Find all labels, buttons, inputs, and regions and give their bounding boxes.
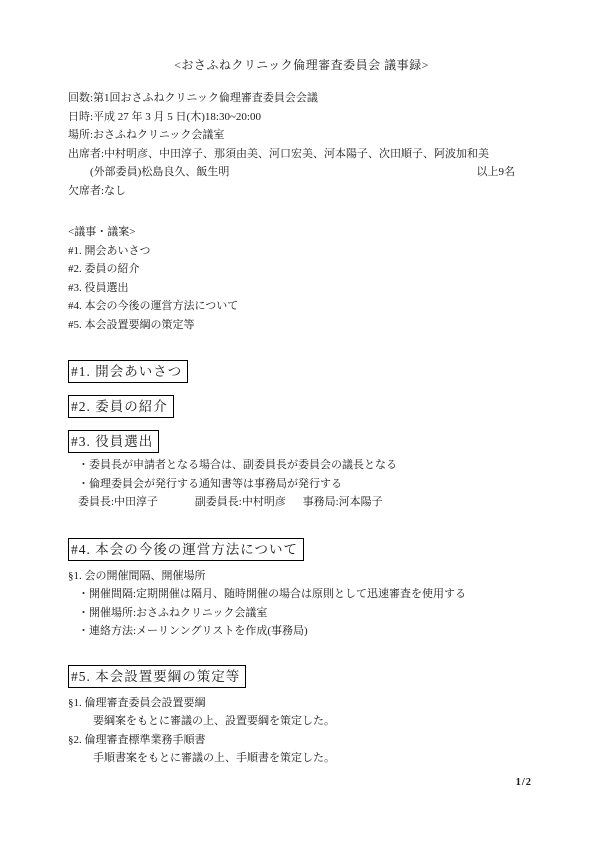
bylaws-result: 要綱案をもとに審議の上、設置要綱を策定した。 bbox=[93, 712, 535, 731]
section-bylaws-heading: #5. 本会設置要綱の策定等 bbox=[68, 665, 246, 688]
section-operation-policy-heading: #4. 本会の今後の運営方法について bbox=[68, 538, 304, 561]
agenda-item-2: #2. 委員の紹介 bbox=[68, 260, 535, 279]
section-opening: #1. 開会あいさつ bbox=[68, 360, 535, 383]
officer-note-1: ・委員長が申請者となる場合は、副委員長が委員会の議長となる bbox=[78, 456, 535, 475]
section-officer-election-heading: #3. 役員選出 bbox=[68, 430, 159, 453]
attendee-total: 以上9名 bbox=[477, 163, 536, 182]
sop-result: 手順書案をもとに審議の上、手順書を策定した。 bbox=[93, 749, 535, 768]
officer-election-notes: ・委員長が申請者となる場合は、副委員長が委員会の議長となる ・倫理委員会が発行す… bbox=[68, 456, 535, 512]
secretariat: 事務局:河本陽子 bbox=[303, 496, 383, 508]
meta-line-count: 回数:第1回おさふねクリニック倫理審査委員会会議 bbox=[68, 89, 535, 108]
officers-row: 委員長:中田淳子 副委員長:中村明彦 事務局:河本陽子 bbox=[78, 493, 535, 512]
document-title: <おさふねクリニック倫理審査委員会 議事録> bbox=[68, 57, 535, 73]
operation-policy-subsection: §1. 会の開催間隔、開催場所 ・開催間隔:定期開催は隔月、随時開催の場合は原則… bbox=[68, 567, 535, 641]
page-number: 1/2 bbox=[516, 777, 532, 788]
subsection-label-bylaws: §1. 倫理審査委員会設置要綱 bbox=[68, 694, 535, 713]
agenda-block: <議事・議案> #1. 開会あいさつ #2. 委員の紹介 #3. 役員選出 #4… bbox=[68, 223, 535, 334]
contact-method: ・連絡方法:メーリンングリストを作成(事務局) bbox=[78, 622, 535, 641]
attendees-continuation: (外部委員)松島良久、飯生明 以上9名 bbox=[68, 163, 535, 182]
section-operation-policy: #4. 本会の今後の運営方法について §1. 会の開催間隔、開催場所 ・開催間隔… bbox=[68, 538, 535, 641]
section-bylaws: #5. 本会設置要綱の策定等 §1. 倫理審査委員会設置要綱 要綱案をもとに審議… bbox=[68, 665, 535, 768]
document-content: <おさふねクリニック倫理審査委員会 議事録> 回数:第1回おさふねクリニック倫理… bbox=[68, 57, 535, 768]
section-officer-election: #3. 役員選出 ・委員長が申請者となる場合は、副委員長が委員会の議長となる ・… bbox=[68, 430, 535, 512]
bylaws-subsections: §1. 倫理審査委員会設置要綱 要綱案をもとに審議の上、設置要綱を策定した。 §… bbox=[68, 694, 535, 768]
meta-line-place: 場所:おさふねクリニック会議室 bbox=[68, 126, 535, 145]
meta-block: 回数:第1回おさふねクリニック倫理審査委員会会議 日時:平成 27 年 3 月 … bbox=[68, 89, 535, 200]
document-page: <おさふねクリニック倫理審査委員会 議事録> 回数:第1回おさふねクリニック倫理… bbox=[0, 0, 595, 842]
meeting-interval: ・開催間隔:定期開催は隔月、随時開催の場合は原則として迅速審査を使用する bbox=[78, 585, 535, 604]
agenda-item-1: #1. 開会あいさつ bbox=[68, 242, 535, 261]
subsection-label-sop: §2. 倫理審査標準業務手順書 bbox=[68, 731, 535, 750]
meta-line-datetime: 日時:平成 27 年 3 月 5 日(木)18:30~20:00 bbox=[68, 108, 535, 127]
subsection-label-meeting: §1. 会の開催間隔、開催場所 bbox=[68, 567, 535, 586]
agenda-item-3: #3. 役員選出 bbox=[68, 279, 535, 298]
section-opening-heading: #1. 開会あいさつ bbox=[68, 360, 188, 383]
section-member-intro: #2. 委員の紹介 bbox=[68, 395, 535, 418]
officer-note-2: ・倫理委員会が発行する通知書等は事務局が発行する bbox=[78, 475, 535, 494]
chairperson: 委員長:中田淳子 bbox=[78, 496, 158, 508]
agenda-item-4: #4. 本会の今後の運営方法について bbox=[68, 297, 535, 316]
vice-chairperson: 副委員長:中村明彦 bbox=[195, 496, 286, 508]
meeting-place: ・開催場所:おさふねクリニック会議室 bbox=[78, 604, 535, 623]
meta-line-attendees: 出席者:中村明彦、中田淳子、那須由美、河口宏美、河本陽子、次田順子、阿波加和美 bbox=[68, 145, 535, 164]
section-member-intro-heading: #2. 委員の紹介 bbox=[68, 395, 174, 418]
agenda-item-5: #5. 本会設置要綱の策定等 bbox=[68, 316, 535, 335]
external-members: (外部委員)松島良久、飯生明 bbox=[68, 163, 229, 182]
meta-line-absentees: 欠席者:なし bbox=[68, 182, 535, 201]
agenda-header: <議事・議案> bbox=[68, 223, 535, 242]
